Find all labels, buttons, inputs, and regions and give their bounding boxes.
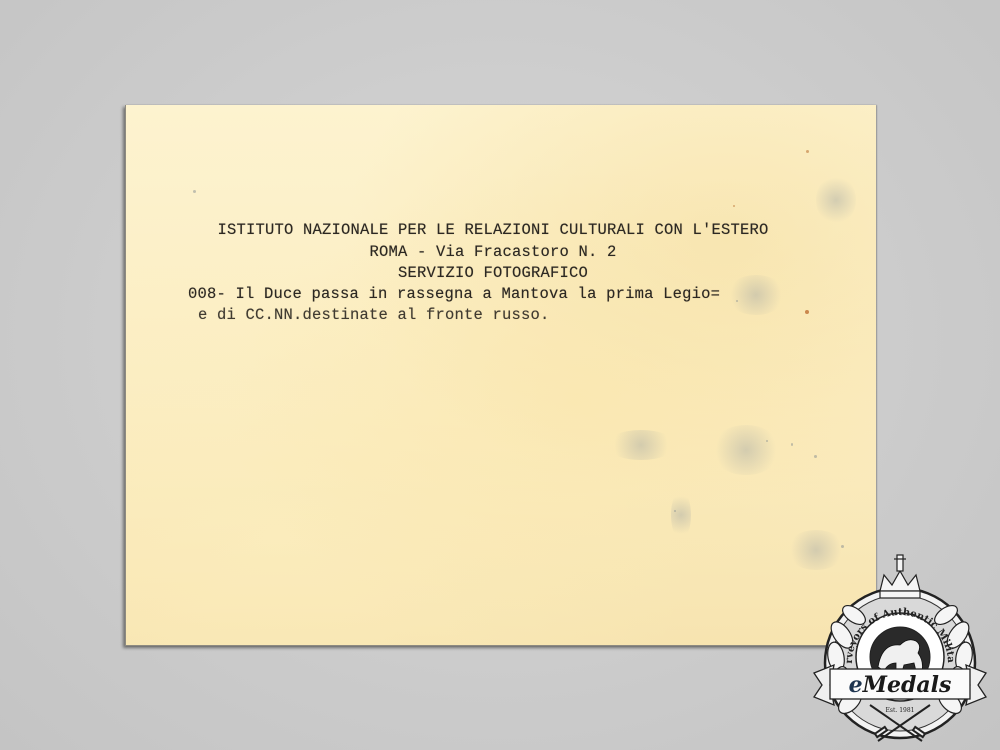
emedals-badge-icon: Purveyors of Authentic Militaria eMedals… [812,545,988,745]
stain [671,490,691,540]
speck [791,443,793,446]
caption-line-2: e di CC.NN.destinate al fronte russo. [198,308,550,324]
photo-back-paper: ISTITUTO NAZIONALE PER LE RELAZIONI CULT… [125,105,876,646]
header-service: SERVIZIO FOTOGRAFICO [125,266,868,282]
speck [193,190,196,193]
speck [736,300,738,302]
header-institute: ISTITUTO NAZIONALE PER LE RELAZIONI CULT… [125,223,868,239]
speck [805,310,809,314]
stain [816,175,856,225]
speck [766,440,768,442]
emedals-watermark-logo: Purveyors of Authentic Militaria eMedals… [812,545,988,745]
stain [711,425,781,475]
speck [674,510,676,512]
speck [814,455,817,458]
speck [733,205,735,207]
caption-line-1: 008- Il Duce passa in rassegna a Mantova… [188,287,720,303]
stain [606,430,676,460]
header-address: ROMA - Via Fracastoro N. 2 [125,245,868,261]
speck [806,150,809,153]
badge-brand-text: eMedals [849,672,952,698]
badge-established-text: Est. 1981 [886,707,915,714]
